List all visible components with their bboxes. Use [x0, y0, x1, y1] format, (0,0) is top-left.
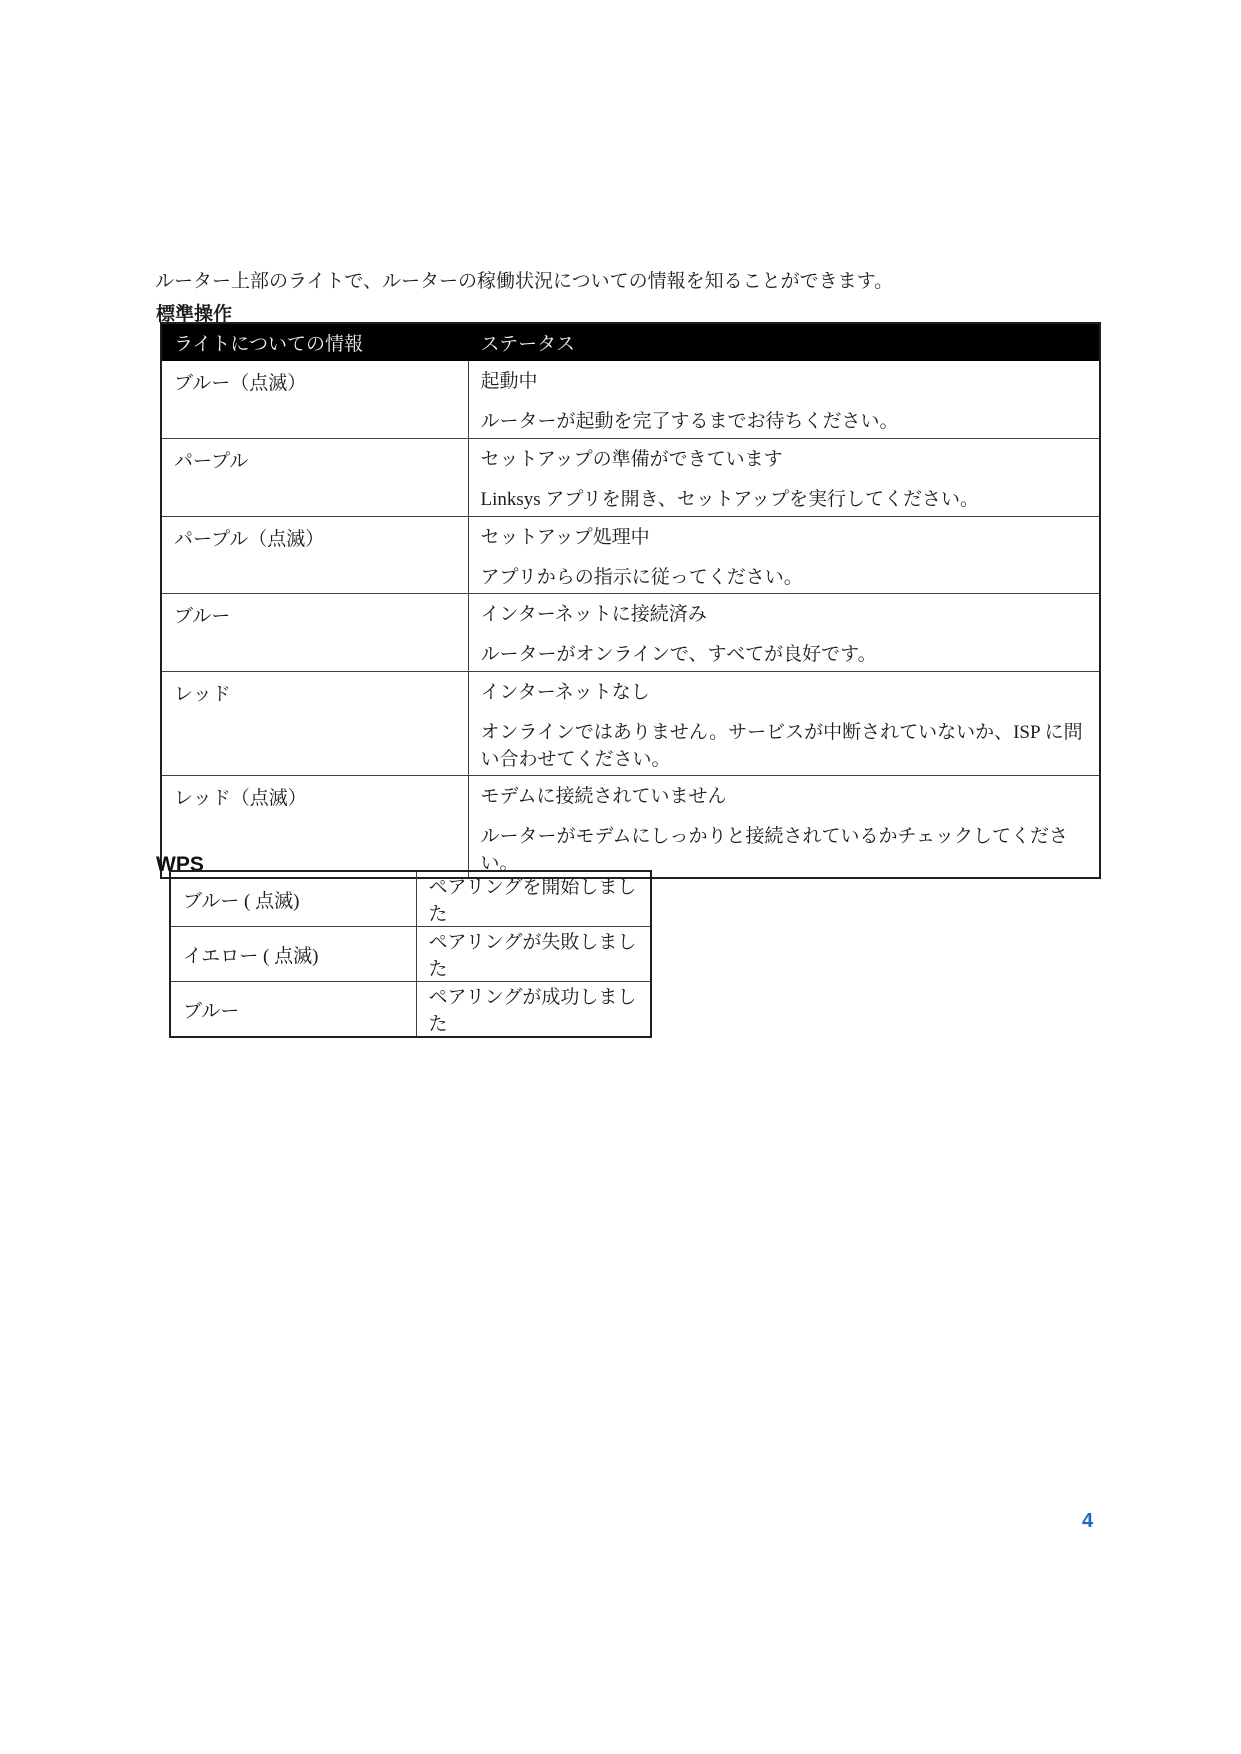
status-title: セットアップ処理中 [481, 524, 1090, 551]
table-row: パープル（点滅）セットアップ処理中アプリからの指示に従ってください。 [161, 517, 1100, 594]
table-row: パープルセットアップの準備ができていますLinksys アプリを開き、セットアッ… [161, 439, 1100, 517]
light-cell: ブルー [161, 594, 468, 672]
manual-page: ルーター上部のライトで、ルーターの稼働状況についての情報を知ることができます。 … [0, 0, 1241, 1754]
table-row: レッドインターネットなしオンラインではありません。サービスが中断されていないか、… [161, 672, 1100, 776]
standard-table-rows: ブルー（点滅）起動中ルーターが起動を完了するまでお待ちください。パープルセットア… [161, 361, 1100, 879]
table-header-row: ライトについての情報 ステータス [161, 323, 1100, 361]
status-title: インターネットなし [481, 679, 1090, 706]
status-description: ルーターがオンラインで、すべてが良好です。 [481, 641, 1090, 668]
wps-table-rows: ブルー ( 点滅)ペアリングを開始しましたイエロー ( 点滅)ペアリングが失敗し… [170, 871, 651, 1037]
status-description: Linksys アプリを開き、セットアップを実行してください。 [481, 486, 1090, 513]
status-cell: セットアップの準備ができていますLinksys アプリを開き、セットアップを実行… [468, 439, 1100, 517]
status-cell: ペアリングが失敗しました [416, 927, 651, 982]
light-cell: ブルー（点滅） [161, 361, 468, 439]
table-row: ブルー（点滅）起動中ルーターが起動を完了するまでお待ちください。 [161, 361, 1100, 439]
status-title: 起動中 [481, 368, 1090, 395]
status-title: セットアップの準備ができています [481, 446, 1090, 473]
header-status: ステータス [468, 323, 1100, 361]
table-row: レッド（点滅）モデムに接続されていませんルーターがモデムにしっかりと接続されてい… [161, 776, 1100, 879]
table-row: イエロー ( 点滅)ペアリングが失敗しました [170, 927, 651, 982]
status-cell: セットアップ処理中アプリからの指示に従ってください。 [468, 517, 1100, 594]
status-title: モデムに接続されていません [481, 783, 1090, 810]
light-cell: イエロー ( 点滅) [170, 927, 416, 982]
wps-table: ブルー ( 点滅)ペアリングを開始しましたイエロー ( 点滅)ペアリングが失敗し… [169, 870, 652, 1038]
light-cell: レッド（点滅） [161, 776, 468, 879]
standard-operation-table: ライトについての情報 ステータス ブルー（点滅）起動中ルーターが起動を完了するま… [160, 322, 1101, 879]
table-row: ブルーペアリングが成功しました [170, 982, 651, 1038]
light-cell: パープル（点滅） [161, 517, 468, 594]
status-cell: ペアリングを開始しました [416, 871, 651, 927]
status-cell: インターネットなしオンラインではありません。サービスが中断されていないか、ISP… [468, 672, 1100, 776]
status-description: オンラインではありません。サービスが中断されていないか、ISP に問い合わせてく… [481, 719, 1090, 773]
status-cell: 起動中ルーターが起動を完了するまでお待ちください。 [468, 361, 1100, 439]
table-row: ブルー ( 点滅)ペアリングを開始しました [170, 871, 651, 927]
light-cell: レッド [161, 672, 468, 776]
header-light-info: ライトについての情報 [161, 323, 468, 361]
light-cell: パープル [161, 439, 468, 517]
status-description: ルーターがモデムにしっかりと接続されているかチェックしてください。 [481, 823, 1090, 877]
intro-text: ルーター上部のライトで、ルーターの稼働状況についての情報を知ることができます。 [155, 268, 893, 295]
table-row: ブルーインターネットに接続済みルーターがオンラインで、すべてが良好です。 [161, 594, 1100, 672]
page-number: 4 [1082, 1510, 1093, 1533]
status-cell: ペアリングが成功しました [416, 982, 651, 1038]
status-cell: インターネットに接続済みルーターがオンラインで、すべてが良好です。 [468, 594, 1100, 672]
status-title: インターネットに接続済み [481, 601, 1090, 628]
light-cell: ブルー [170, 982, 416, 1038]
status-description: アプリからの指示に従ってください。 [481, 564, 1090, 591]
light-cell: ブルー ( 点滅) [170, 871, 416, 927]
status-cell: モデムに接続されていませんルーターがモデムにしっかりと接続されているかチェックし… [468, 776, 1100, 879]
status-description: ルーターが起動を完了するまでお待ちください。 [481, 408, 1090, 435]
